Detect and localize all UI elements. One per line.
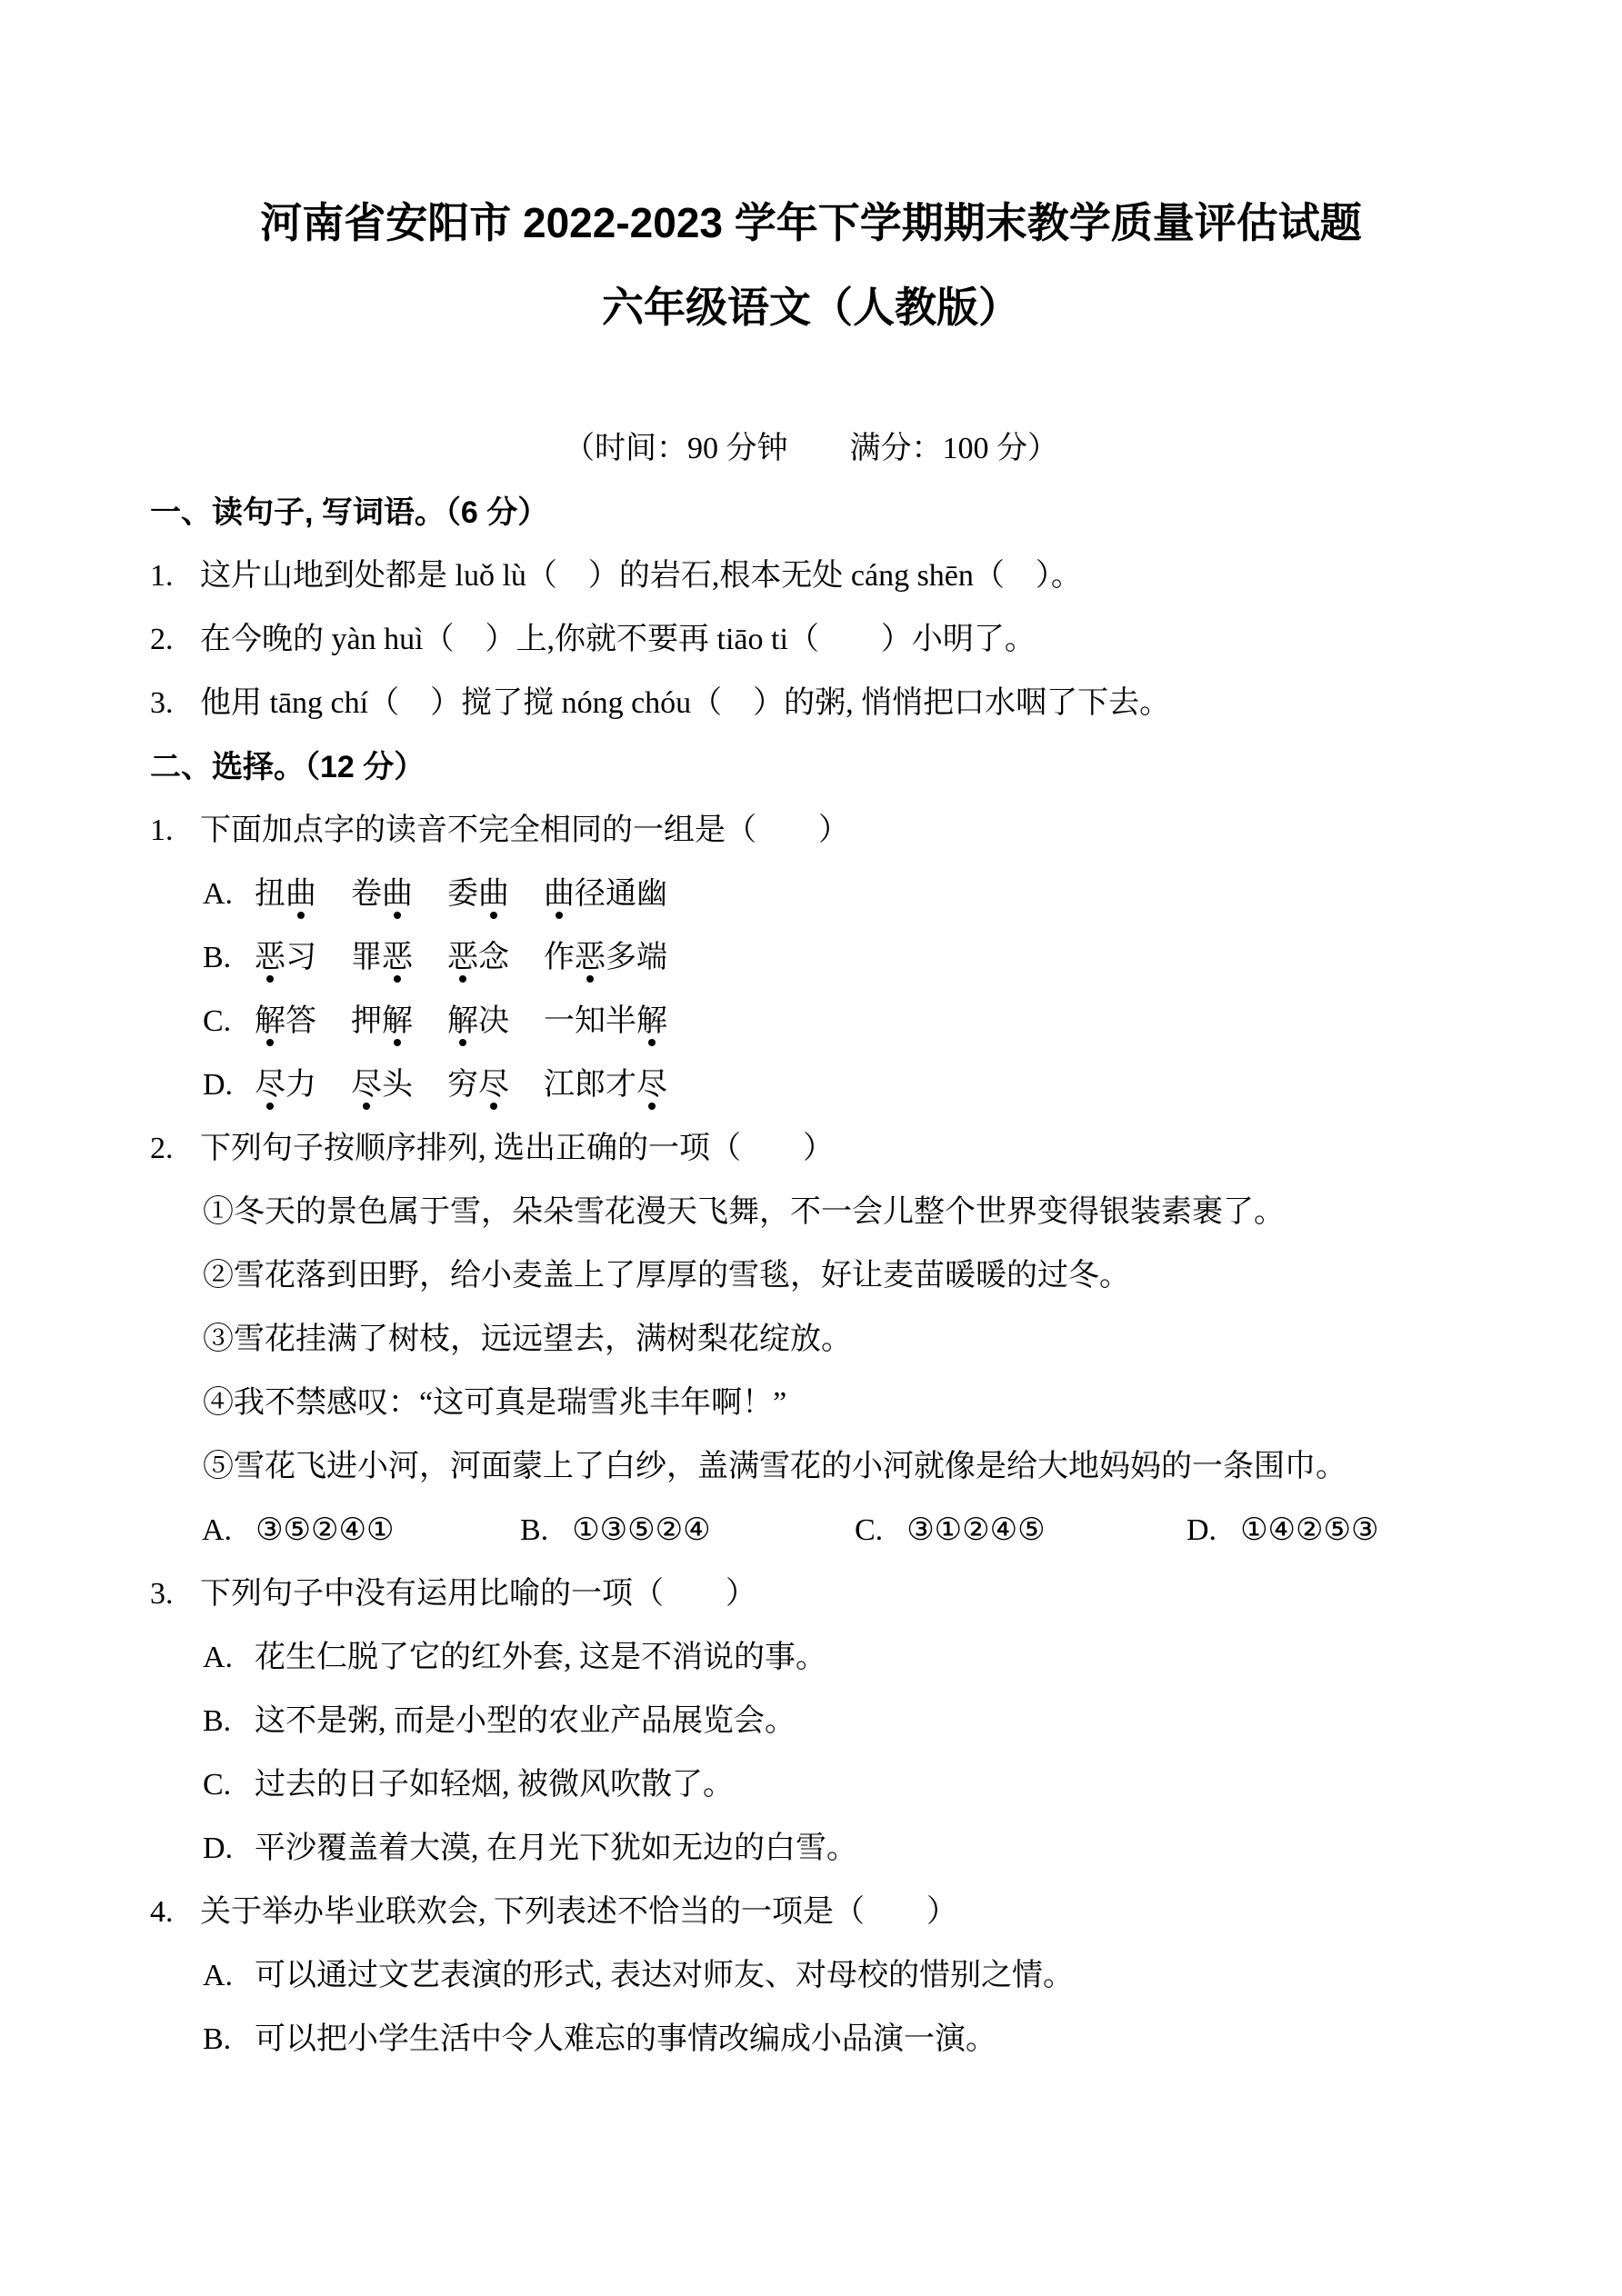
answer-choice: A.③⑤②④①	[202, 1499, 394, 1562]
line-text: 平沙覆盖着大漠, 在月光下犹如无边的白雪。	[255, 1817, 857, 1881]
choice-label: B.	[520, 1513, 548, 1547]
dotted-char: 解	[255, 1006, 285, 1037]
emphasized-word: 卷曲	[351, 863, 413, 926]
dotted-char: 恶	[255, 943, 285, 973]
line-text: ④我不禁感叹：“这可真是瑞雪兆丰年啊！”	[203, 1386, 786, 1420]
q2-sentence-5: ⑤雪花飞进小河，河面蒙上了白纱，盖满雪花的小河就像是给大地妈妈的一条围巾。	[150, 1435, 1531, 1499]
char: 才	[606, 1068, 636, 1102]
choice-value: ①④②⑤③	[1240, 1513, 1378, 1547]
line-text: 二、选择。（12 分）	[150, 750, 425, 784]
dotted-char: 曲	[544, 879, 575, 910]
char: 径	[575, 877, 606, 911]
q1-option-a: A.扭曲卷曲委曲曲径通幽	[150, 863, 1531, 926]
char: 习	[285, 941, 316, 974]
char: 端	[636, 941, 667, 974]
q1-option-b: B.恶习罪恶恶念作恶多端	[150, 926, 1531, 990]
line-text: 可以把小学生活中令人难忘的事情改编成小品演一演。	[255, 2008, 996, 2071]
char: 郎	[575, 1068, 606, 1102]
char: 委	[447, 877, 478, 911]
line-text: 这片山地到处都是 luǒ lù（ ）的岩石,根本无处 cáng shēn（ ）。	[200, 544, 1082, 608]
line-number: C.	[203, 1753, 255, 1817]
q2-sentence-4: ④我不禁感叹：“这可真是瑞雪兆丰年啊！”	[150, 1372, 1531, 1435]
s1-question-3: 3.他用 tāng chí（ ）搅了搅 nóng chóu（ ）的粥, 悄悄把口…	[150, 672, 1531, 735]
line-text: 花生仁脱了它的红外套, 这是不消说的事。	[255, 1626, 826, 1690]
emphasized-word: 解答	[255, 990, 316, 1053]
line-number: 3.	[150, 1562, 200, 1626]
line-text: 一、读句子, 写词语。（6 分）	[150, 495, 548, 530]
char: 卷	[351, 877, 382, 911]
emphasized-word: 罪恶	[351, 926, 413, 990]
emphasized-word: 尽力	[255, 1053, 316, 1117]
char: 决	[478, 1004, 509, 1038]
q1-option-c: C.解答押解解决一知半解	[150, 990, 1531, 1053]
char: 扭	[255, 877, 285, 911]
q4-option-a: A.可以通过文艺表演的形式, 表达对师友、对母校的惜别之情。	[150, 1944, 1531, 2008]
choice-value: ③⑤②④①	[255, 1513, 394, 1547]
line-text: 下列句子按顺序排列, 选出正确的一项（ ）	[200, 1117, 834, 1181]
line-number: A.	[203, 863, 255, 926]
dotted-char: 尽	[255, 1070, 285, 1101]
dotted-char: 恶	[382, 943, 413, 973]
dotted-char: 尽	[636, 1070, 667, 1101]
q3-option-d: D.平沙覆盖着大漠, 在月光下犹如无边的白雪。	[150, 1817, 1531, 1881]
q3-option-c: C.过去的日子如轻烟, 被微风吹散了。	[150, 1753, 1531, 1817]
line-number: D.	[203, 1817, 255, 1881]
s2-question-2: 2.下列句子按顺序排列, 选出正确的一项（ ）	[150, 1117, 1531, 1181]
line-number: 2.	[150, 1117, 200, 1181]
answer-choice: C.③①②④⑤	[855, 1499, 1046, 1562]
emphasized-word: 解决	[447, 990, 509, 1053]
s1-question-1: 1.这片山地到处都是 luǒ lù（ ）的岩石,根本无处 cáng shēn（ …	[150, 544, 1531, 608]
q1-option-d: D.尽力尽头穷尽江郎才尽	[150, 1053, 1531, 1117]
line-text: ⑤雪花飞进小河，河面蒙上了白纱，盖满雪花的小河就像是给大地妈妈的一条围巾。	[203, 1450, 1347, 1483]
line-text: ①冬天的景色属于雪，朵朵雪花漫天飞舞，不一会儿整个世界变得银装素裹了。	[203, 1195, 1285, 1229]
emphasized-word: 恶习	[255, 926, 316, 990]
s2-question-3: 3.下列句子中没有运用比喻的一项（ ）	[150, 1562, 1531, 1626]
answer-choice: D.①④②⑤③	[1186, 1499, 1378, 1562]
char: 押	[351, 1004, 382, 1038]
line-number: B.	[203, 2008, 255, 2071]
line-number: 2.	[150, 608, 200, 672]
exam-body: 一、读句子, 写词语。（6 分）1.这片山地到处都是 luǒ lù（ ）的岩石,…	[150, 481, 1531, 2071]
line-number: A.	[203, 1944, 255, 2008]
choice-label: C.	[855, 1513, 883, 1547]
dotted-char: 解	[636, 1006, 667, 1037]
q2-sentence-2: ②雪花落到田野，给小麦盖上了厚厚的雪毯，好让麦苗暖暖的过冬。	[150, 1244, 1531, 1308]
section-2-heading: 二、选择。（12 分）	[150, 735, 1531, 799]
emphasized-word: 恶念	[447, 926, 509, 990]
choice-value: ①③⑤②④	[572, 1513, 710, 1547]
emphasized-word: 作恶多端	[544, 926, 667, 990]
q4-option-b: B.可以把小学生活中令人难忘的事情改编成小品演一演。	[150, 2008, 1531, 2071]
dotted-char: 恶	[575, 943, 606, 973]
dotted-char: 解	[382, 1006, 413, 1037]
emphasized-word: 尽头	[351, 1053, 413, 1117]
char: 力	[285, 1068, 316, 1102]
line-text: 下面加点字的读音不完全相同的一组是（ ）	[200, 799, 849, 863]
char: 通	[606, 877, 636, 911]
dotted-char: 曲	[285, 879, 316, 910]
char: 多	[606, 941, 636, 974]
line-text: 关于举办毕业联欢会, 下列表述不恰当的一项是（ ）	[200, 1881, 957, 1944]
char: 江	[544, 1068, 575, 1102]
line-number: A.	[203, 1626, 255, 1690]
q3-option-a: A.花生仁脱了它的红外套, 这是不消说的事。	[150, 1626, 1531, 1690]
doc-title: 河南省安阳市 2022-2023 学年下学期期末教学质量评估试题	[0, 0, 1622, 244]
char: 穷	[447, 1068, 478, 1102]
emphasized-word: 江郎才尽	[544, 1053, 667, 1117]
emphasized-word: 扭曲	[255, 863, 316, 926]
doc-subtitle: 六年级语文（人教版）	[0, 286, 1622, 328]
line-number: B.	[203, 1690, 255, 1753]
line-text: 下列句子中没有运用比喻的一项（ ）	[200, 1562, 756, 1626]
dotted-char: 尽	[478, 1070, 509, 1101]
line-number: 4.	[150, 1881, 200, 1944]
dotted-char: 尽	[351, 1070, 382, 1101]
line-number: C.	[203, 990, 255, 1053]
exam-page: 河南省安阳市 2022-2023 学年下学期期末教学质量评估试题 六年级语文（人…	[0, 0, 1622, 2296]
line-number: B.	[203, 926, 255, 990]
char: 幽	[636, 877, 667, 911]
line-number: 3.	[150, 672, 200, 735]
line-text: 这不是粥, 而是小型的农业产品展览会。	[255, 1690, 796, 1753]
char: 头	[382, 1068, 413, 1102]
char: 知	[575, 1004, 606, 1038]
q2-choices: A.③⑤②④①B.①③⑤②④C.③①②④⑤D.①④②⑤③	[150, 1499, 1531, 1562]
choice-label: A.	[202, 1513, 232, 1547]
line-text: ③雪花挂满了树枝，远远望去，满树梨花绽放。	[203, 1323, 852, 1356]
answer-choice: B.①③⑤②④	[520, 1499, 711, 1562]
line-text: ②雪花落到田野，给小麦盖上了厚厚的雪毯，好让麦苗暖暖的过冬。	[203, 1259, 1130, 1293]
dotted-char: 恶	[447, 943, 478, 973]
dotted-char: 曲	[478, 879, 509, 910]
q2-sentence-3: ③雪花挂满了树枝，远远望去，满树梨花绽放。	[150, 1308, 1531, 1372]
char: 作	[544, 941, 575, 974]
choice-value: ③①②④⑤	[906, 1513, 1045, 1547]
line-text: 在今晚的 yàn huì（ ）上,你就不要再 tiāo ti（ ）小明了。	[200, 608, 1036, 672]
line-number: 1.	[150, 799, 200, 863]
emphasized-word: 曲径通幽	[544, 863, 667, 926]
char: 罪	[351, 941, 382, 974]
q2-sentence-1: ①冬天的景色属于雪，朵朵雪花漫天飞舞，不一会儿整个世界变得银装素裹了。	[150, 1181, 1531, 1244]
dotted-char: 曲	[382, 879, 413, 910]
line-number: D.	[203, 1053, 255, 1117]
exam-meta: （时间：90 分钟 满分：100 分）	[0, 417, 1622, 481]
char: 半	[606, 1004, 636, 1038]
s2-question-4: 4.关于举办毕业联欢会, 下列表述不恰当的一项是（ ）	[150, 1881, 1531, 1944]
emphasized-word: 一知半解	[544, 990, 667, 1053]
dotted-char: 解	[447, 1006, 478, 1037]
emphasized-word: 委曲	[447, 863, 509, 926]
s1-question-2: 2.在今晚的 yàn huì（ ）上,你就不要再 tiāo ti（ ）小明了。	[150, 608, 1531, 672]
choice-label: D.	[1186, 1513, 1216, 1547]
char: 答	[285, 1004, 316, 1038]
line-text: 他用 tāng chí（ ）搅了搅 nóng chóu（ ）的粥, 悄悄把口水咽…	[200, 672, 1170, 735]
line-text: 过去的日子如轻烟, 被微风吹散了。	[255, 1753, 734, 1817]
char: 念	[478, 941, 509, 974]
char: 一	[544, 1004, 575, 1038]
emphasized-word: 押解	[351, 990, 413, 1053]
s2-question-1: 1.下面加点字的读音不完全相同的一组是（ ）	[150, 799, 1531, 863]
section-1-heading: 一、读句子, 写词语。（6 分）	[150, 481, 1531, 544]
q3-option-b: B.这不是粥, 而是小型的农业产品展览会。	[150, 1690, 1531, 1753]
line-text: 可以通过文艺表演的形式, 表达对师友、对母校的惜别之情。	[255, 1944, 1074, 2008]
emphasized-word: 穷尽	[447, 1053, 509, 1117]
line-number: 1.	[150, 544, 200, 608]
